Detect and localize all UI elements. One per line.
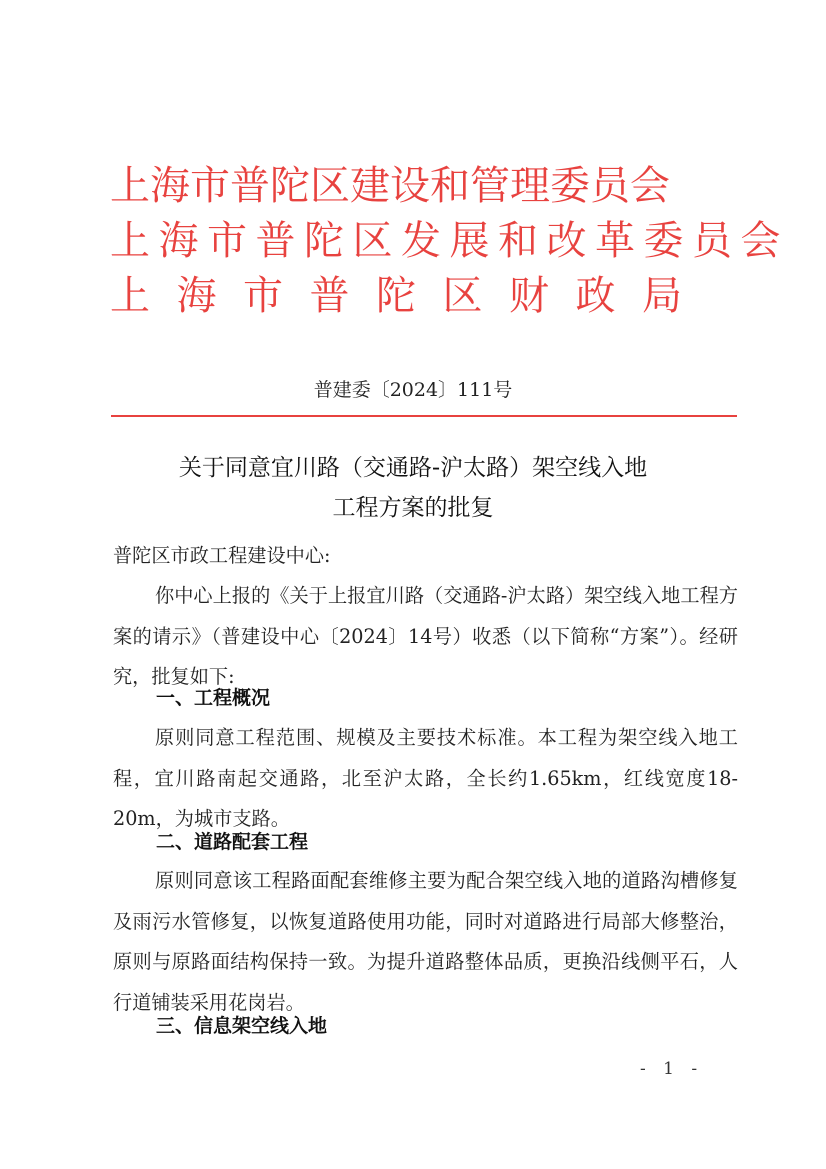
page-number: - 1 - (640, 1059, 703, 1079)
section-heading-3: 三、信息架空线入地 (156, 1006, 327, 1046)
issuer-finance-bureau: 上海市普陀区财政局 (110, 272, 709, 320)
red-divider-line (111, 415, 737, 417)
recipient: 普陀区市政工程建设中心: (113, 536, 738, 577)
issuer-construction-committee: 上海市普陀区建设和管理委员会 (110, 162, 670, 210)
issuer-development-reform-committee: 上海市普陀区发展和改革委员会 (110, 217, 789, 265)
document-page: 上海市普陀区建设和管理委员会 上海市普陀区发展和改革委员会 上海市普陀区财政局 … (0, 0, 826, 1169)
section-heading-1: 一、工程概况 (156, 678, 270, 718)
section-heading-2: 二、道路配套工程 (156, 822, 308, 862)
document-title-line-1: 关于同意宜川路（交通路-沪太路）架空线入地 (0, 451, 826, 485)
document-title-line-2: 工程方案的批复 (0, 491, 826, 525)
section-paragraph-2: 原则同意该工程路面配套维修主要为配合架空线入地的道路沟槽修复及雨污水管修复，以恢… (113, 861, 738, 1023)
document-number: 普建委〔2024〕111号 (0, 376, 826, 404)
